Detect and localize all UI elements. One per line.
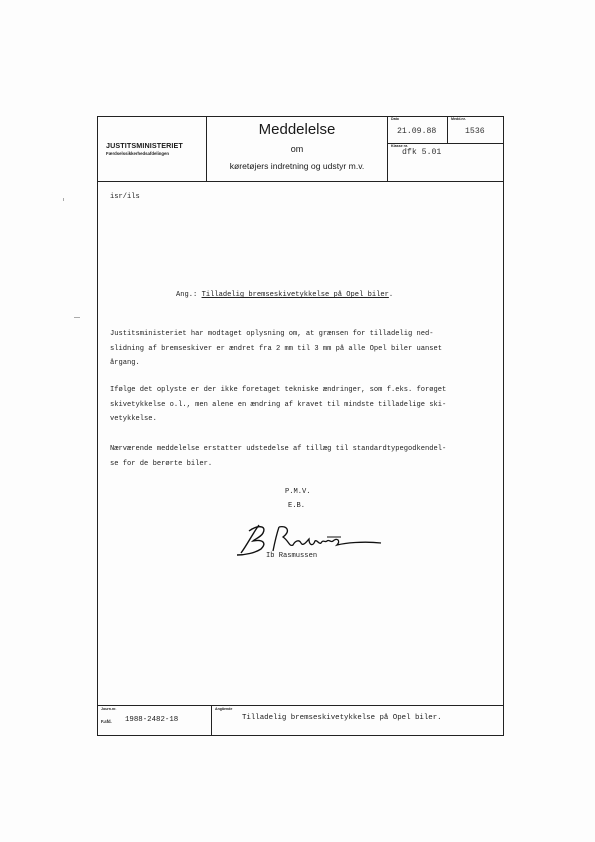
form-footer: Journ.nr. F.afd. 1988-2482-18 Angående T… [98,705,503,735]
class-value: dfk 5.01 [402,148,441,157]
title-connector: om [207,144,387,154]
regarding-block: Angående Tilladelig bremseskivetykkelse … [212,706,503,735]
number-label: Medd.nr. [451,117,466,121]
reference-initials: isr/ils [110,190,140,205]
form-frame: JUSTITSMINISTERIET Færdselssikkerhedsafd… [97,116,504,736]
department-label: F.afd. [101,719,112,724]
subject-prefix: Ang.: [176,291,197,299]
title-subject: køretøjers indretning og udstyr m.v. [207,161,387,171]
number-cell: Medd.nr. 1536 [448,117,504,144]
journal-value: 1988-2482-18 [125,716,178,724]
document-page: JUSTITSMINISTERIET Færdselssikkerhedsafd… [0,0,595,842]
class-cell: Klasse nr. dfk 5.01 [388,144,504,181]
date-value: 21.09.88 [397,127,436,136]
regarding-label: Angående [215,707,232,711]
date-cell: Dato 21.09.88 [388,117,448,144]
paragraph: Ifølge det oplyste er der ikke foretaget… [110,383,502,427]
margin-mark [74,317,80,318]
document-title: Meddelelse [207,121,387,138]
issuer-block: JUSTITSMINISTERIET Færdselssikkerhedsafd… [98,117,207,181]
title-block: Meddelelse om køretøjers indretning og u… [207,117,388,181]
closing-pmv: P.M.V. [285,485,311,500]
journal-label: Journ.nr. [101,707,116,711]
ministry-name: JUSTITSMINISTERIET [106,141,183,150]
margin-mark [63,198,64,201]
subject-text: Tilladelig bremseskivetykkelse på Opel b… [202,291,389,299]
subject-suffix: . [389,291,393,299]
journal-block: Journ.nr. F.afd. 1988-2482-18 [98,706,212,735]
signatory-name: Ib Rasmussen [266,549,317,564]
department-name: Færdselssikkerhedsafdelingen [106,151,169,156]
paragraph: Justitsministeriet har modtaget oplysnin… [110,327,502,371]
regarding-value: Tilladelig bremseskivetykkelse på Opel b… [242,714,442,722]
closing-eb: E.B. [288,499,305,514]
subject-line: Ang.: Tilladelig bremseskivetykkelse på … [176,288,393,303]
date-label: Dato [391,117,399,121]
form-header: JUSTITSMINISTERIET Færdselssikkerhedsafd… [98,117,503,182]
meta-block: Dato 21.09.88 Medd.nr. 1536 Klasse nr. d… [388,117,504,181]
paragraph: Nærværende meddelelse erstatter udstedel… [110,442,502,471]
number-value: 1536 [465,127,485,136]
